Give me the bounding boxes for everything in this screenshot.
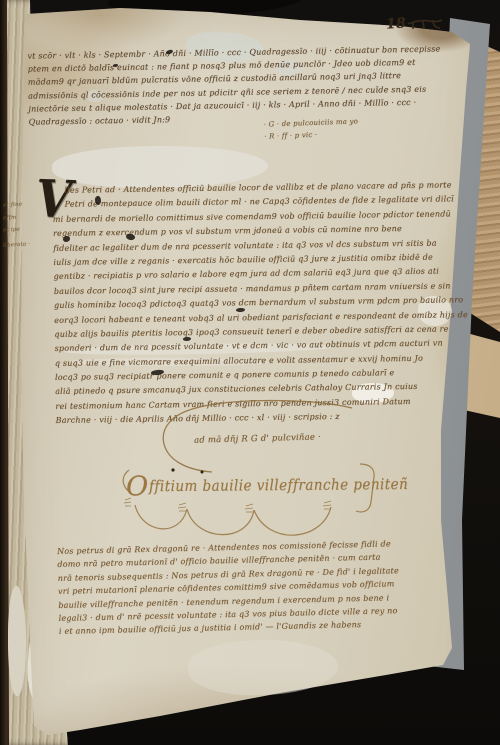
notary-note: · G · de pulcouiciis ma yo · R · ff · p … [264, 117, 359, 144]
bottom-entry-paragraph: Nos petrus di grā Rex dragonū re · Atten… [57, 539, 400, 640]
top-entry-paragraph: vt scōr · vlt · kls · Septembr · Año dñi… [27, 44, 441, 130]
margin-note: effm [3, 215, 17, 222]
damp-stain [187, 637, 339, 697]
manuscript-photo: 18 vt scōr · vlt · kls · Septembr · Año … [0, 0, 500, 745]
margin-note: et ipe [3, 227, 20, 234]
torn-paper-patch [8, 586, 26, 696]
section-heading: Offitium bauilie villeffranche peniteñ [126, 469, 437, 503]
heading-text: ffitium bauilie villeffranche peniteñ [149, 475, 408, 495]
margin-note: et fine [3, 202, 23, 209]
heading-initial: O [126, 471, 149, 502]
main-entry-paragraph: lles Petri ad · Attendentes officiū baui… [52, 180, 469, 430]
folio-number: 18 [385, 15, 406, 32]
